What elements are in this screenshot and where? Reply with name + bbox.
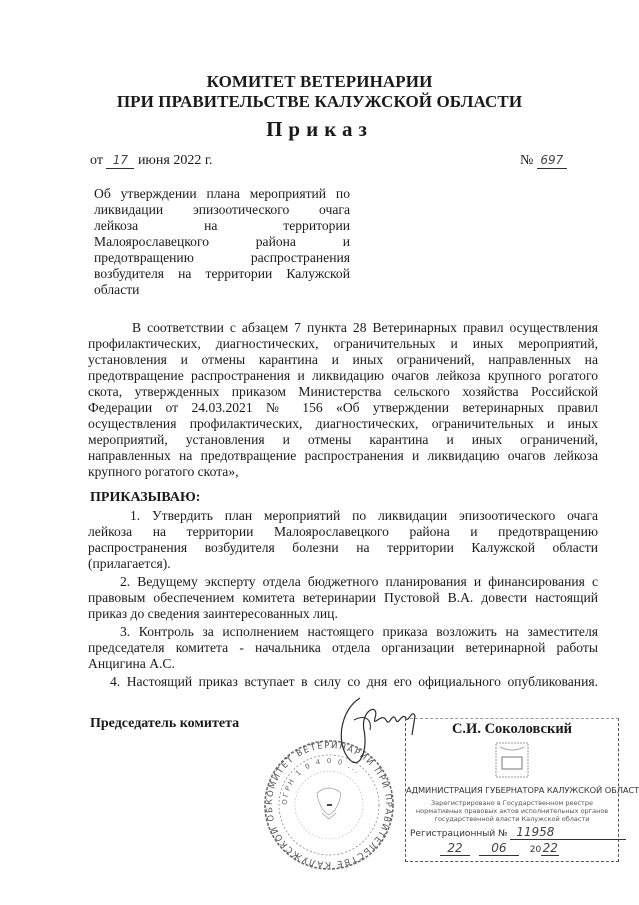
order-item-line: лейкоза на территории Малоярославецкого … [88,524,598,540]
order-item-line: распространения возбудителя болезни на т… [88,540,598,556]
date-rest: июня 2022 г. [138,153,213,168]
coat-of-arms-icon [494,741,530,779]
org-name-line1: КОМИТЕТ ВЕТЕРИНАРИИ [0,72,639,92]
registration-number-label: Регистрационный № [410,829,507,839]
registration-number-handwritten: 11958 [510,825,626,840]
preamble-line: установления и отмены карантина и иных о… [88,352,598,368]
preamble-line: предотвращение распространения и ликвида… [88,368,598,384]
order-heading: ПРИКАЗЫВАЮ: [90,490,200,506]
preamble-line: В соответствии с абзацем 7 пункта 28 Вет… [88,320,598,336]
signatory-name: С.И. Соколовский [406,721,618,738]
date-day-handwritten: 17 [106,152,134,169]
order-number-handwritten: 697 [537,152,567,169]
order-item-line: 1. Утвердить план мероприятий по ликвида… [88,508,598,524]
preamble-paragraph: В соответствии с абзацем 7 пункта 28 Вет… [88,320,598,480]
order-number: № 697 [520,152,567,169]
preamble-line: крупного рогатого скота», [88,464,598,480]
registration-day-handwritten: 22 [440,841,470,856]
subject-line: лейкоза на территории [94,218,350,234]
registration-date-row: 22 06 2022 [440,841,559,856]
org-name-line2: ПРИ ПРАВИТЕЛЬСТВЕ КАЛУЖСКОЙ ОБЛАСТИ [0,92,639,112]
order-item-line: (прилагается). [88,556,598,572]
stamp-note: Зарегистрировано в Государственном реест… [412,799,612,823]
order-item-line: 3. Контроль за исполнением настоящего пр… [88,624,598,640]
order-item-4: 4. Настоящий приказ вступает в силу со д… [88,674,598,690]
order-item-1: 1. Утвердить план мероприятий по ликвида… [88,508,598,572]
subject-line: области [94,282,350,298]
order-item-line: председателя комитета - начальника отдел… [88,640,598,656]
registration-month-handwritten: 06 [479,841,519,856]
document-type-title: Приказ [0,117,639,142]
date-prefix: от [90,153,103,168]
preamble-line: направленных на предотвращение распростр… [88,448,598,464]
stamp-authority: АДМИНИСТРАЦИЯ ГУБЕРНАТОРА КАЛУЖСКОЙ ОБЛА… [406,785,618,795]
order-item-line: 2. Ведущему эксперту отдела бюджетного п… [88,574,598,590]
order-items: 1. Утвердить план мероприятий по ликвида… [88,508,598,690]
preamble-line: Федерации от 24.03.2021 № 156 «Об утверж… [88,400,598,416]
preamble-line: осуществления профилактических, диагност… [88,416,598,432]
signatory-position: Председатель комитета [90,716,239,732]
order-item-2: 2. Ведущему эксперту отдела бюджетного п… [88,574,598,622]
registration-stamp: С.И. Соколовский АДМИНИСТРАЦИЯ ГУБЕРНАТО… [405,718,619,862]
registration-number-row: Регистрационный № 11958 [410,825,626,840]
order-date: от 17 июня 2022 г. [90,152,212,169]
order-item-3: 3. Контроль за исполнением настоящего пр… [88,624,598,672]
preamble-line: профилактических, диагностических, огран… [88,336,598,352]
subject-line: предотвращению распространения [94,250,350,266]
subject-line: Об утверждении плана мероприятий по [94,186,350,202]
subject-line: возбудителя на территории Калужской [94,266,350,282]
order-item-line: правовым обеспечением комитета ветеринар… [88,590,598,606]
number-prefix: № [520,153,533,168]
subject-line: ликвидации эпизоотического очага [94,202,350,218]
preamble-line: скота, утвержденных приказом Министерств… [88,384,598,400]
order-item-line: приказ до сведения заинтересованных лиц. [88,606,598,622]
registration-year-prefix: 20 [530,845,541,855]
order-item-line: 4. Настоящий приказ вступает в силу со д… [88,674,598,690]
subject-line: Малоярославецкого района и [94,234,350,250]
order-item-line: Анцигина А.С. [88,656,598,672]
order-subject: Об утверждении плана мероприятий по ликв… [94,186,350,298]
preamble-line: мероприятий, установления и отмены каран… [88,432,598,448]
registration-year-handwritten: 22 [541,841,559,856]
